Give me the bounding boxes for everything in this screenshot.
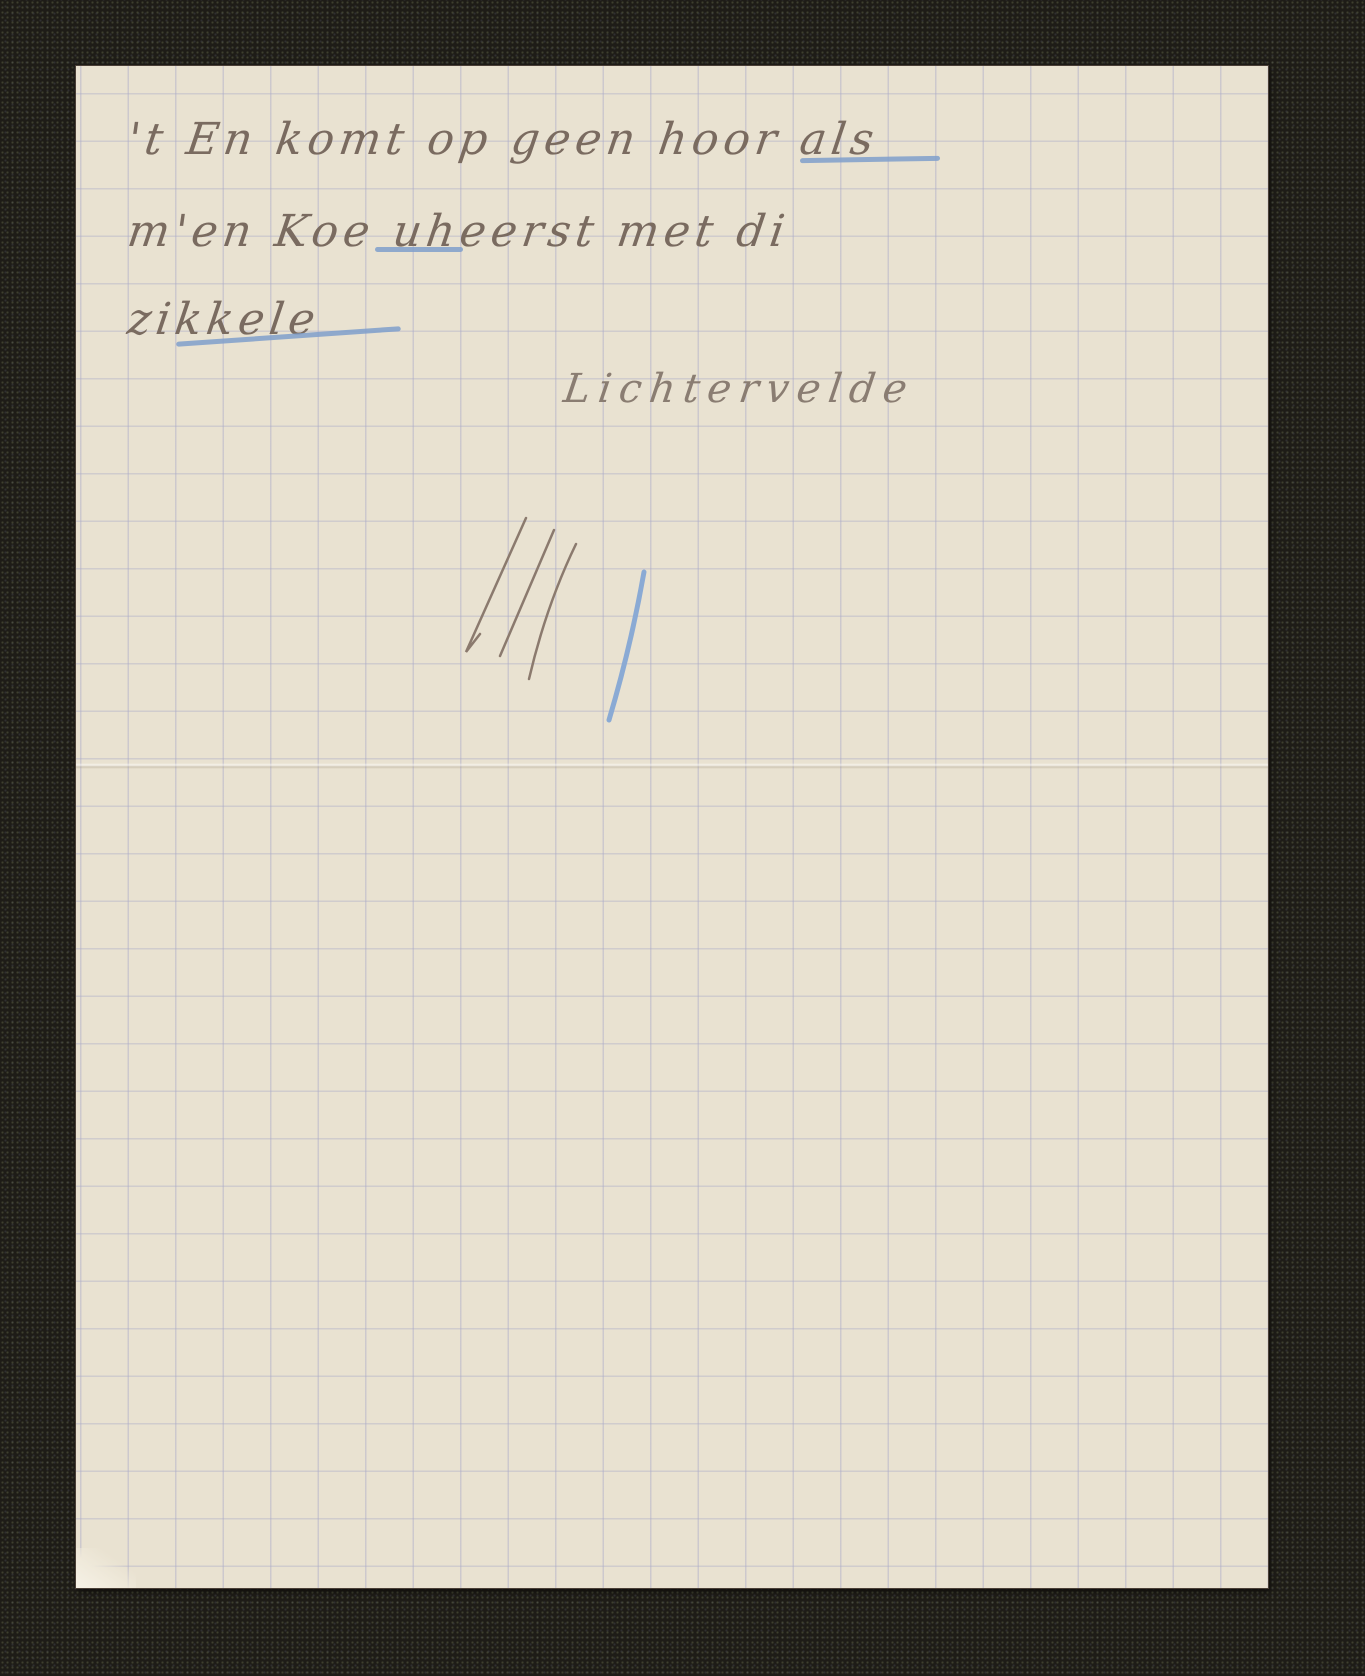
brown-tally-strokes-icon (466, 518, 576, 679)
tally-marks (76, 66, 1268, 1588)
blue-pencil-stroke-icon (609, 572, 644, 720)
paper-sheet: 't En komt op geen hoor als m'en Koe uhe… (76, 66, 1268, 1588)
